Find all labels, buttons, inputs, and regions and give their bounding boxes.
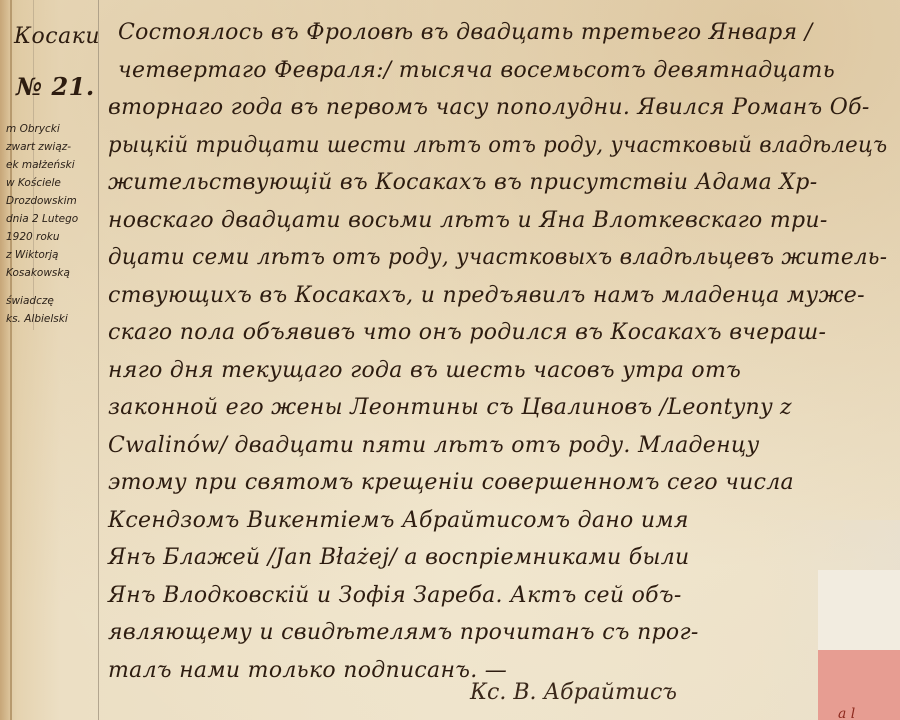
record-line: вторнаго года въ первомъ часу пополудни.… xyxy=(108,95,870,120)
binding-edge xyxy=(0,0,10,720)
margin-note-line: ek małżeński xyxy=(6,156,98,174)
record-line: няго дня текущаго года въ шесть часовъ у… xyxy=(108,358,741,383)
record-line: законной его жены Леонтины съ Цвалиновъ … xyxy=(108,395,792,420)
margin-note-line: ks. Albielski xyxy=(6,310,98,328)
record-line: талъ нами только подписанъ. — xyxy=(108,658,507,683)
pink-paper-patch xyxy=(818,650,900,720)
pink-patch-mark: a l xyxy=(838,706,855,720)
record-line: являющему и свидѣтелямъ прочитанъ съ про… xyxy=(108,620,699,645)
margin-note-line: w Kościele xyxy=(6,174,98,192)
margin-rule xyxy=(98,0,99,720)
margin-note-line: Kosakowską xyxy=(6,264,98,282)
village-label: Косаки xyxy=(14,24,100,49)
margin-note-line: zwart związ- xyxy=(6,138,98,156)
record-line: ствующихъ въ Косакахъ, и предъявилъ намъ… xyxy=(108,283,865,308)
margin-note-line: 1920 roku xyxy=(6,228,98,246)
record-line: скаго пола объявивъ что онъ родился въ К… xyxy=(108,320,826,345)
record-line: рыцкій тридцати шести лѣтъ отъ роду, уча… xyxy=(108,133,887,158)
record-line: дцати семи лѣтъ отъ роду, участковыхъ вл… xyxy=(108,245,887,270)
white-paper-patch xyxy=(818,570,900,650)
record-line: четвертаго Февраля:/ тысяча восемьсотъ д… xyxy=(118,58,835,83)
act-number: № 21. xyxy=(16,72,95,101)
record-line: Янъ Влодковскій и Зофія Зареба. Актъ сей… xyxy=(108,583,682,608)
margin-annotation: m Obrycki zwart związ- ek małżeński w Ko… xyxy=(6,120,98,328)
record-line: Состоялось въ Фроловѣ въ двадцать третье… xyxy=(118,20,812,45)
record-line: Ксендзомъ Викентіемъ Абрайтисомъ дано им… xyxy=(108,508,689,533)
margin-note-line: świadczę xyxy=(6,292,98,310)
binding-line xyxy=(10,0,12,720)
record-line: жительствующій въ Косакахъ въ присутстві… xyxy=(108,170,817,195)
record-line: новскаго двадцати восьми лѣтъ и Яна Влот… xyxy=(108,208,828,233)
record-line: этому при святомъ крещеніи совершенномъ … xyxy=(108,470,794,495)
margin-note-line: dnia 2 Lutego xyxy=(6,210,98,228)
document-page: Косаки № 21. m Obrycki zwart związ- ek m… xyxy=(0,0,900,720)
record-line: Cwalinów/ двадцати пяти лѣтъ отъ роду. М… xyxy=(108,433,760,458)
priest-signature: Кс. В. Абрайтисъ xyxy=(470,680,677,705)
margin-note-line: m Obrycki xyxy=(6,120,98,138)
margin-note-line: Drozdowskim xyxy=(6,192,98,210)
margin-note-line: z Wiktorją xyxy=(6,246,98,264)
record-line: Янъ Блажей /Jan Błażej/ а воспріемниками… xyxy=(108,545,690,570)
